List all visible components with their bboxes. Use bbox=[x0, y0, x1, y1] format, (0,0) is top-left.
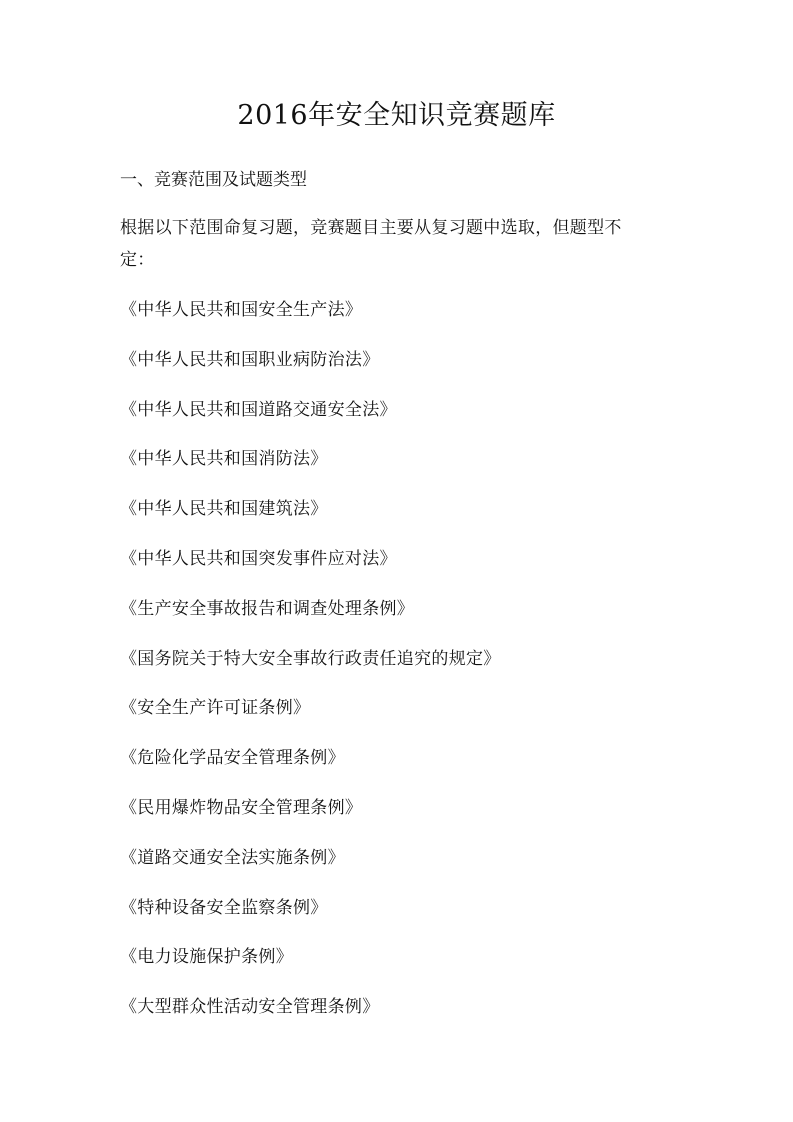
page-title: 2016年安全知识竞赛题库 bbox=[0, 96, 793, 136]
list-item: 《特种设备安全监察条例》 bbox=[120, 893, 501, 943]
list-item: 《生产安全事故报告和调查处理条例》 bbox=[120, 594, 501, 644]
section-heading: 一、竞赛范围及试题类型 bbox=[120, 165, 307, 195]
list-item: 《民用爆炸物品安全管理条例》 bbox=[120, 793, 501, 843]
list-item: 《安全生产许可证条例》 bbox=[120, 693, 501, 743]
list-item: 《中华人民共和国消防法》 bbox=[120, 444, 501, 494]
list-item: 《中华人民共和国道路交通安全法》 bbox=[120, 395, 501, 445]
list-item: 《中华人民共和国突发事件应对法》 bbox=[120, 544, 501, 594]
list-item: 《国务院关于特大安全事故行政责任追究的规定》 bbox=[120, 644, 501, 694]
intro-line-1: 根据以下范围命复习题，竞赛题目主要从复习题中选取，但题型不 bbox=[120, 218, 622, 238]
list-item: 《中华人民共和国安全生产法》 bbox=[120, 295, 501, 345]
intro-line-2: 定： bbox=[120, 245, 690, 275]
intro-paragraph: 根据以下范围命复习题，竞赛题目主要从复习题中选取，但题型不 定： bbox=[120, 213, 690, 275]
list-item: 《电力设施保护条例》 bbox=[120, 942, 501, 992]
law-list: 《中华人民共和国安全生产法》 《中华人民共和国职业病防治法》 《中华人民共和国道… bbox=[120, 295, 501, 1042]
list-item: 《中华人民共和国建筑法》 bbox=[120, 494, 501, 544]
list-item: 《大型群众性活动安全管理条例》 bbox=[120, 992, 501, 1042]
list-item: 《中华人民共和国职业病防治法》 bbox=[120, 345, 501, 395]
list-item: 《道路交通安全法实施条例》 bbox=[120, 843, 501, 893]
list-item: 《危险化学品安全管理条例》 bbox=[120, 743, 501, 793]
